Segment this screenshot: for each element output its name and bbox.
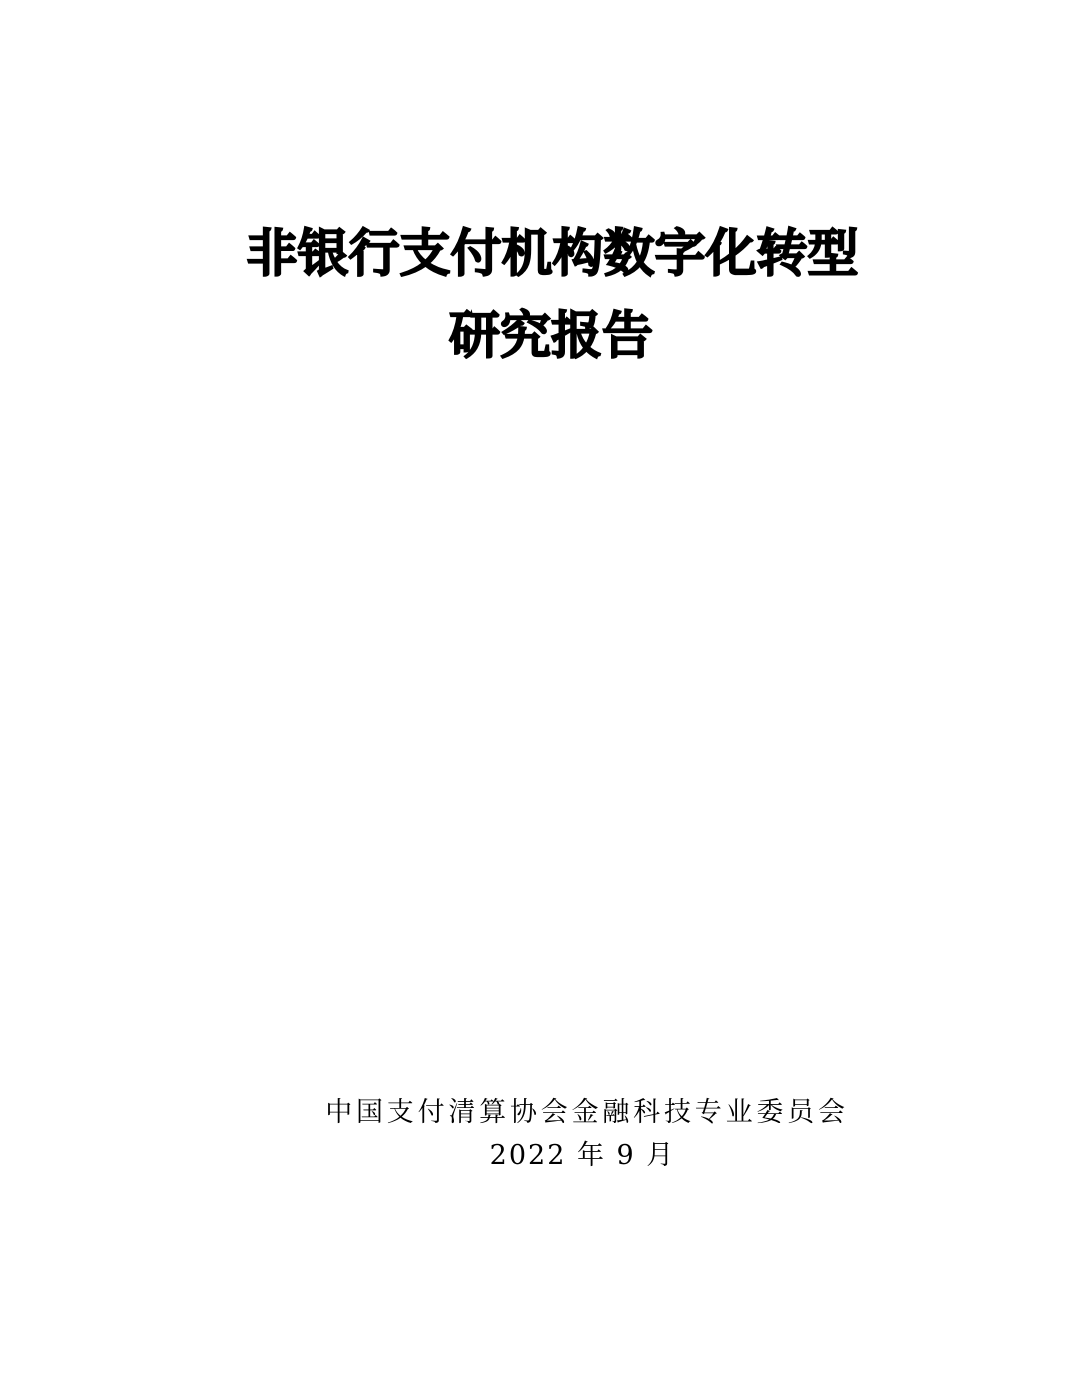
document-cover-page: 非银行支付机构数字化转型 研究报告 中国支付清算协会金融科技专业委员会 2022… bbox=[0, 0, 1080, 1398]
report-title-line-2: 研究报告 bbox=[0, 306, 1080, 366]
publication-date: 2022 年 9 月 bbox=[0, 1140, 1080, 1172]
report-title-line-1: 非银行支付机构数字化转型 bbox=[0, 224, 1080, 284]
issuer-name: 中国支付清算协会金融科技专业委员会 bbox=[0, 1097, 1080, 1129]
